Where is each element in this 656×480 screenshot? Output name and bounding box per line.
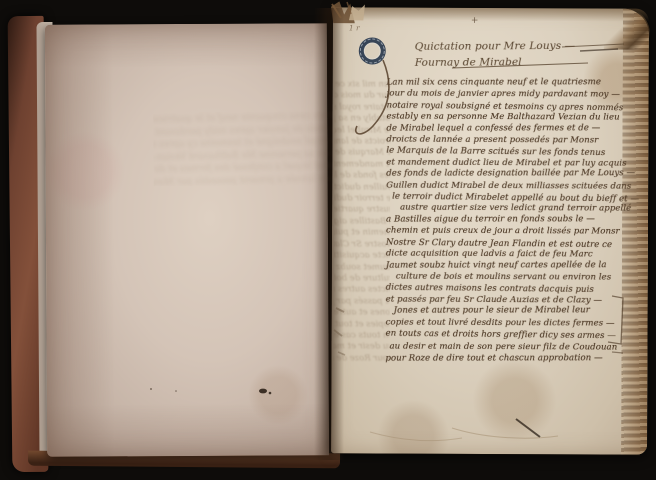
right-manuscript-page: Lan mil six cens cinquante neuf et le qu…	[331, 7, 649, 454]
folio-mark: 1 r	[349, 23, 360, 32]
cross-mark: +	[471, 16, 479, 26]
manuscript-line: pour Roze de dire tout et chascun approb…	[385, 353, 637, 365]
manuscript-line: Jaumet soubz huict vingt neuf cartes ape…	[386, 260, 638, 272]
stamp-ring	[360, 38, 385, 63]
manuscript-line: Lan mil six cens cinquante neuf et le qu…	[387, 77, 639, 89]
manuscript-line: chemin et puis creux de jour a droit lis…	[386, 226, 638, 239]
photo-background: Lan mil six cens cinquante neuf et le qu…	[0, 0, 656, 480]
gutter-shadow	[314, 8, 344, 460]
page-shading	[45, 23, 329, 456]
manuscript-body-text: Lan mil six cens cinquante neuf et le qu…	[385, 78, 638, 366]
manuscript-line: a Bastilles aigue du terroir en fonds so…	[386, 214, 638, 226]
left-blank-page: Lan mil six cens cinquante neuf et le qu…	[45, 23, 329, 456]
manuscript-line: des fonds de ladicte designation baillée…	[386, 168, 638, 180]
manuscript-line: de Mirabel lequel a confessé des fermes …	[386, 123, 638, 135]
manuscript-line: en touts cas et droits hors greffier dic…	[385, 328, 637, 342]
heading-line-2: Fournay de Mirabel	[415, 53, 635, 70]
archive-stamp-icon	[359, 37, 386, 64]
manuscript-line: jour du mois de janvier apres midy parda…	[387, 89, 639, 102]
manuscript-line: Jones et autres pour le sieur de Mirabel…	[394, 305, 638, 317]
page-top-edge	[333, 7, 649, 21]
manuscript-line: copies et tout livré desdits pour les di…	[386, 317, 638, 330]
act-heading: Quictation pour Mre Louys — Fournay de M…	[415, 37, 635, 70]
manuscript-line: Guillen dudict Mirabel de deux milliasse…	[386, 180, 638, 193]
heading-line-1: Quictation pour Mre Louys —	[415, 37, 635, 54]
manuscript-line: Nostre Sr Clary dautre Jean Flandin et e…	[386, 237, 638, 251]
